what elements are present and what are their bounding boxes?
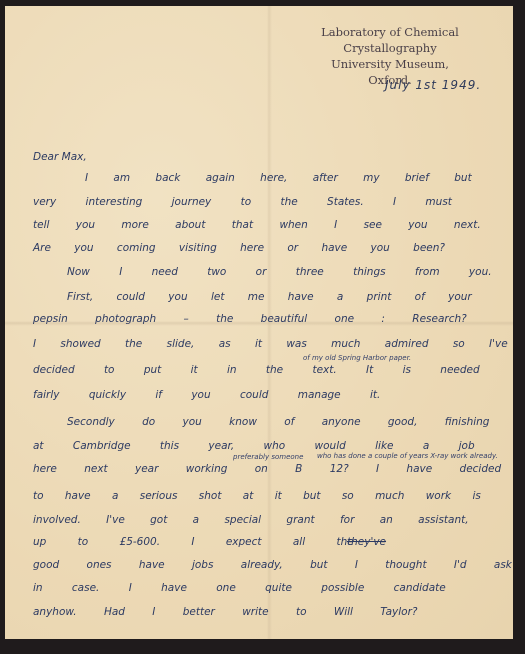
letterhead-museum: University Museum,	[295, 56, 485, 72]
body-line-7: pepsin photograph – the beautiful one : …	[33, 313, 467, 325]
body-line-19: anyhow. Had I better write to Will Taylo…	[33, 606, 418, 618]
letter-date: July 1st 1949.	[385, 78, 481, 92]
body-line-1: I am back again here, after my brief but	[85, 172, 472, 184]
body-line-8: I showed the slide, as it was much admir…	[33, 338, 508, 350]
body-line-15: involved. I've got a special grant for a…	[33, 514, 469, 526]
body-line-3: tell you more about that when I see you …	[33, 219, 481, 231]
letterhead-laboratory: Laboratory of Chemical Crystallography	[285, 24, 495, 56]
body-line-18: in case. I have one quite possible candi…	[33, 582, 446, 594]
letter-page: Laboratory of Chemical Crystallography U…	[5, 6, 513, 639]
body-line-13: here next year working on B 12? I have d…	[33, 463, 501, 475]
body-line-11: Secondly do you know of anyone good, fin…	[67, 416, 489, 428]
body-line-14: to have a serious shot at it but so much…	[33, 490, 481, 502]
body-line-5: Now I need two or three things from you.	[67, 266, 492, 278]
body-line-17: good ones have jobs already, but I thoug…	[33, 559, 512, 571]
insertion-text: of my old Spring Harbor paper.	[303, 354, 411, 362]
body-line-2: very interesting journey to the States. …	[33, 196, 452, 208]
body-line-10: fairly quickly if you could manage it.	[33, 389, 380, 401]
body-line-12: at Cambridge this year, who would like a…	[33, 440, 475, 452]
insertion-preferably: preferably someone	[233, 453, 303, 461]
struck-word: they've	[347, 536, 386, 548]
body-line-4: Are you coming visiting here or have you…	[33, 242, 445, 254]
body-line-6: First, could you let me have a print of …	[67, 291, 472, 303]
insertion-experience: who has done a couple of years X-ray wor…	[317, 452, 498, 460]
body-line-9: decided to put it in the text. It is nee…	[33, 364, 480, 376]
body-line-16: up to £5-600. I expect all the	[33, 536, 354, 548]
salutation: Dear Max,	[33, 151, 87, 163]
